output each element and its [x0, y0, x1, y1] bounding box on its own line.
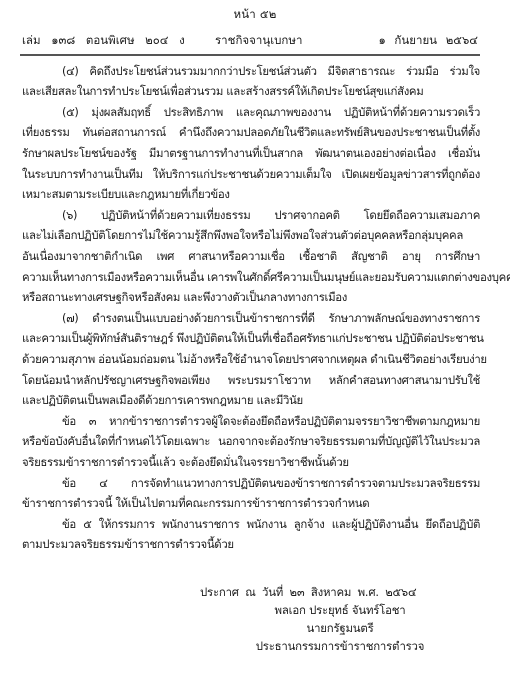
body-line: (๗) ดำรงตนเป็นแบบอย่างด้วยการเป็นข้าราชก… [62, 310, 480, 326]
body-line: ด้วยความสุภาพ อ่อนน้อมถ่อมตน ไม่อ้างหรือ… [22, 351, 480, 367]
volume-info: เล่ม ๑๓๘ ตอนพิเศษ ๒๐๔ ง [22, 32, 185, 50]
body-line: ข้อ ๔ การจัดทำแนวทางการปฏิบัติตนของข้ารา… [62, 475, 480, 491]
signatory-name: พลเอก ประยุทธ์ จันทร์โอชา [190, 602, 490, 618]
announcement-date: ประกาศ ณ วันที่ ๒๓ สิงหาคม พ.ศ. ๒๕๖๔ [200, 584, 500, 600]
body-line: หรือข้อบังคับอื่นใดที่กำหนดไว้โดยเฉพาะ น… [22, 433, 480, 449]
signatory-title: นายกรัฐมนตรี [190, 620, 490, 636]
body-line: โดยน้อมนำหลักปรัชญาเศรษฐกิจพอเพียง พระบร… [22, 372, 480, 388]
body-line: หรือสถานะทางเศรษฐกิจหรือสังคม และพึงวางต… [22, 289, 480, 305]
body-line: และความเป็นผู้พิทักษ์สันติราษฎร์ พึงปฏิบ… [22, 330, 480, 346]
body-line: รักษาผลประโยชน์ของรัฐ มีมาตรฐานการทำงานท… [22, 145, 480, 161]
publication-date: ๑ กันยายน ๒๕๖๔ [378, 32, 478, 50]
body-line: เที่ยงธรรม ทันต่อสถานการณ์ คำนึงถึงความป… [22, 124, 480, 140]
body-line: จริยธรรมข้าราชการตำรวจนี้แล้ว จะต้องยึดม… [22, 454, 480, 470]
body-line: ข้อ ๕ ให้กรรมการ พนักงานราชการ พนักงาน ล… [62, 516, 480, 532]
body-line: เหมาะสมตามระเบียบและกฎหมายที่เกี่ยวข้อง [22, 186, 480, 202]
body-line: (๖) ปฏิบัติหน้าที่ด้วยความเที่ยงธรรม ปรา… [62, 207, 480, 223]
signatory-role: ประธานกรรมการข้าราชการตำรวจ [190, 638, 490, 654]
header-rule [20, 54, 480, 56]
body-line: และเสียสละในการทำประโยชน์เพื่อส่วนรวม แล… [22, 83, 480, 99]
publication-name: ราชกิจจานุเบกษา [215, 32, 302, 50]
body-line: และไม่เลือกปฏิบัติโดยการไม่ใช้ความรู้สึก… [22, 227, 480, 243]
body-line: ข้าราชการตำรวจนี้ ให้เป็นไปตามที่คณะกรรม… [22, 495, 480, 511]
body-line: ในระบบการทำงานเป็นทีม ให้บริการแก่ประชาช… [22, 166, 480, 182]
body-line: ตามประมวลจริยธรรมข้าราชการตำรวจนี้ด้วย [22, 536, 480, 552]
body-line: และปฏิบัติตนเป็นพลเมืองดีด้วยการเคารพกฎห… [22, 392, 480, 408]
body-line: (๕) มุ่งผลสัมฤทธิ์ ประสิทธิภาพ และคุณภาพ… [62, 104, 480, 120]
body-line: อันเนื่องมาจากชาติกำเนิด เพศ ศาสนาหรือคว… [22, 248, 480, 264]
body-line: ความเห็นทางการเมืองหรือความเห็นอื่น เคาร… [22, 269, 480, 285]
body-line: ข้อ ๓ หากข้าราชการตำรวจผู้ใดจะต้องยึดถือ… [62, 413, 480, 429]
page-number: หน้า ๕๒ [0, 6, 510, 24]
body-line: (๔) คิดถึงประโยชน์ส่วนรวมมากกว่าประโยชน์… [62, 63, 480, 79]
